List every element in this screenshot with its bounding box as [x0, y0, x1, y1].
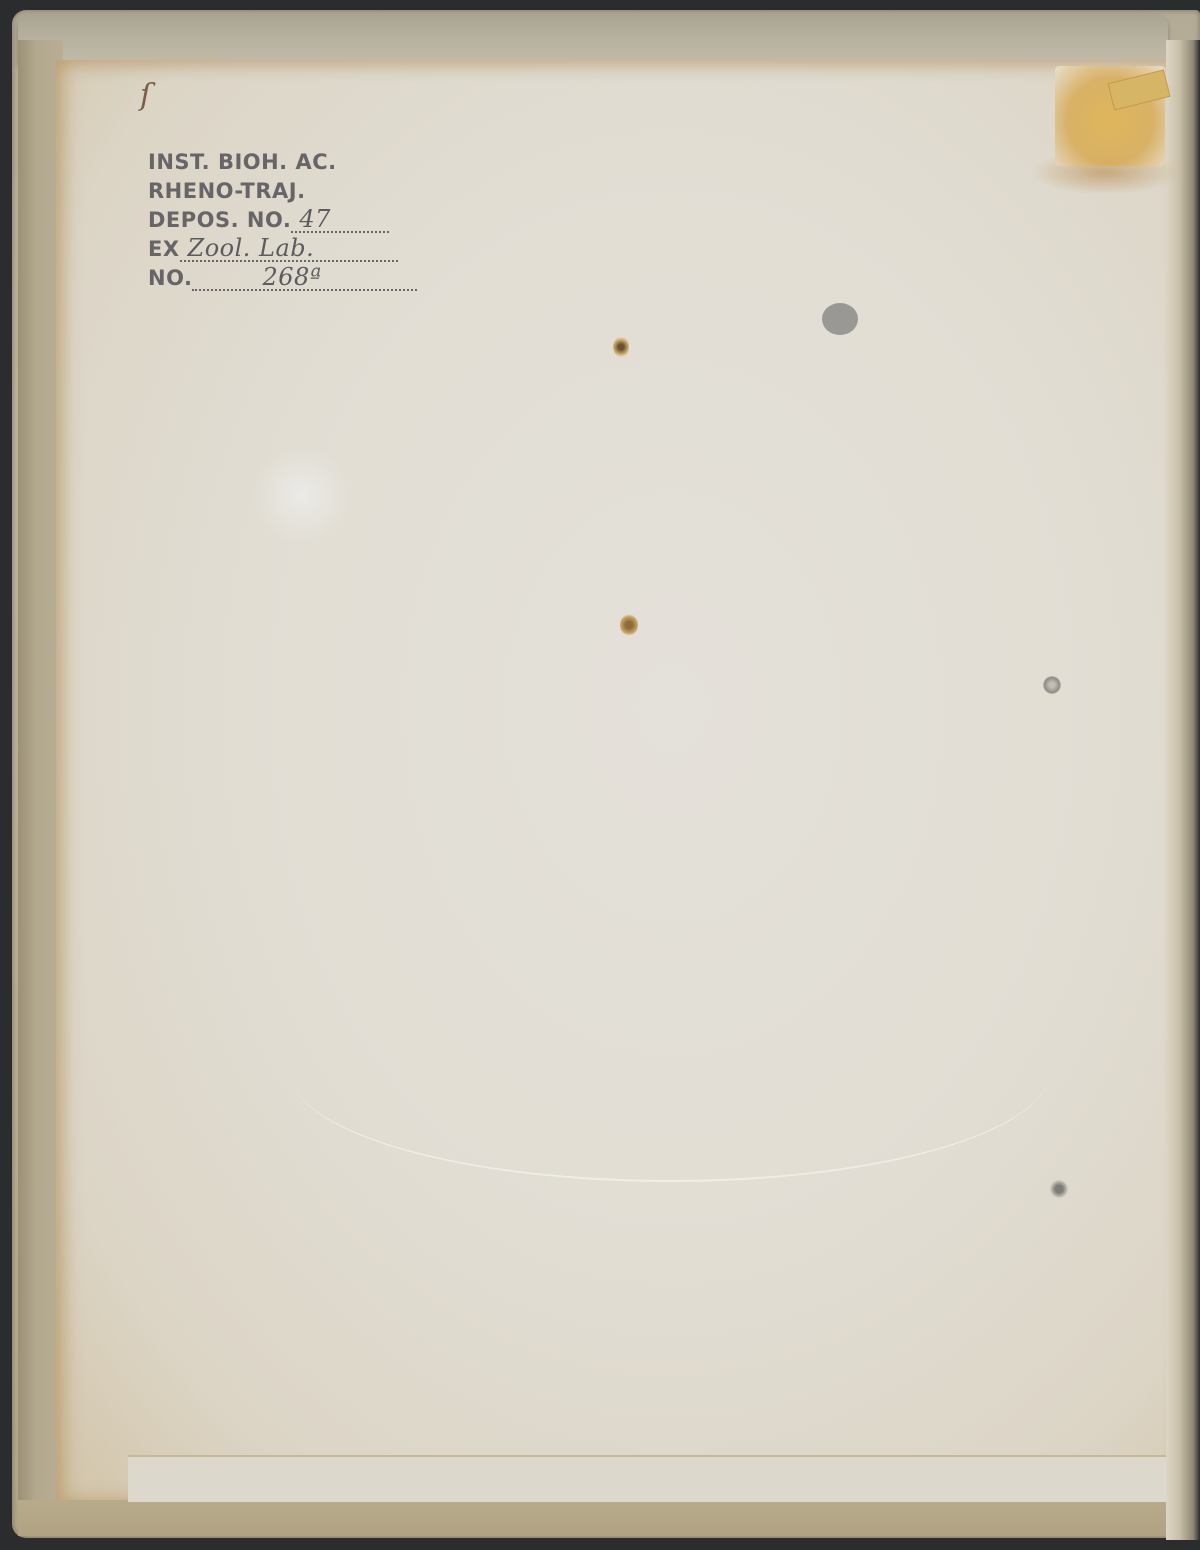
grey-spot — [1050, 1180, 1068, 1198]
stamp-line-city: RHENO-TRAJ. — [148, 177, 417, 206]
stamp-ex-value: Zool. Lab. — [180, 236, 398, 262]
stamp-institute: INST. BIOH. AC. — [148, 148, 337, 177]
stamp-line-no: NO. 268ª — [148, 264, 417, 293]
stamp-no-value: 268ª — [192, 265, 417, 291]
stamp-no-label: NO. — [148, 264, 192, 293]
stamp-line-depos: DEPOS. NO. 47 — [148, 206, 417, 235]
stamp-line-ex: EX Zool. Lab. — [148, 235, 417, 264]
pastedown-lower-flap — [128, 1455, 1168, 1502]
cover-turn-in-top — [18, 14, 1168, 64]
library-stamp: INST. BIOH. AC. RHENO-TRAJ. DEPOS. NO. 4… — [148, 148, 417, 293]
paper-crease — [290, 960, 1050, 1182]
stamp-line-institute: INST. BIOH. AC. — [148, 148, 417, 177]
paper-scuff — [252, 445, 352, 545]
foxing-spot — [613, 336, 629, 358]
stamp-depos-value: 47 — [291, 207, 389, 233]
spine-hinge-edge — [1166, 40, 1200, 1540]
foxing-spot — [620, 614, 638, 636]
grey-spot — [1043, 676, 1061, 694]
stamp-depos-label: DEPOS. NO. — [148, 206, 291, 235]
cover-turn-in-bottom — [18, 1500, 1168, 1536]
stamp-city: RHENO-TRAJ. — [148, 177, 306, 206]
stamp-ex-label: EX — [148, 235, 180, 264]
grey-spot — [822, 303, 858, 335]
pencil-mark: ſ — [140, 78, 151, 113]
